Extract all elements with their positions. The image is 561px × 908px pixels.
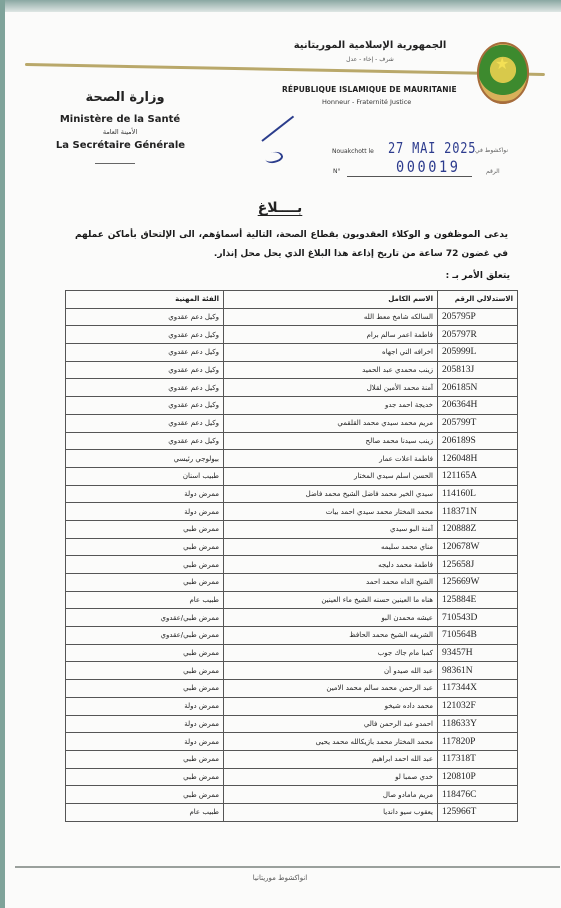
name-cell: زينب سيدنا محمد صالح — [224, 432, 438, 450]
category-cell: ممرض طبي — [66, 644, 224, 662]
code-cell: 118371N — [438, 503, 518, 521]
code-cell: 125669W — [438, 574, 518, 592]
table-row: 206185Nآمنة محمد الأمين لقلالوكيل دعم عق… — [66, 379, 518, 397]
motto-ar: شرف - إخاء - عدل — [330, 56, 410, 63]
code-cell: 121165A — [438, 467, 518, 485]
code-cell: 120810P — [438, 768, 518, 786]
category-cell: وكيل دعم عقدوي — [66, 361, 224, 379]
code-cell: 114160L — [438, 485, 518, 503]
date-label-ar: نواكشوط في — [475, 147, 508, 154]
name-cell: اخرافه الني اجهاه — [224, 344, 438, 362]
table-row: 121165Aالحسن اسلم سيدي المختارطبيب اسنان — [66, 467, 518, 485]
table-row: 118633Yاحمدو عبد الرحمن فاليممرض دولة — [66, 715, 518, 733]
header-code: الاستدلالي الرقم — [438, 291, 518, 309]
table-row: 206189Sزينب سيدنا محمد صالحوكيل دعم عقدو… — [66, 432, 518, 450]
category-cell: وكيل دعم عقدوي — [66, 379, 224, 397]
code-cell: 120888Z — [438, 520, 518, 538]
name-cell: كمبا مام جاك جوب — [224, 644, 438, 662]
code-cell: 710564B — [438, 627, 518, 645]
date-label: Nouakchott le — [332, 148, 374, 155]
table-body: 205795Pالسالكه شامخ معط اللهوكيل دعم عقد… — [66, 308, 518, 821]
table-row: 205797Rفاطمة اعمر سالم براموكيل دعم عقدو… — [66, 326, 518, 344]
scan-left-edge — [0, 0, 5, 908]
table-row: 120888Zآمنة البو سيديممرض طبي — [66, 520, 518, 538]
table-row: 206364Hخديجة احمد جدووكيل دعم عقدوي — [66, 397, 518, 415]
reference-number: 000019 — [396, 157, 460, 176]
table-row: 98361Nعبد الله صيدو أنممرض طبي — [66, 662, 518, 680]
category-cell: وكيل دعم عقدوي — [66, 397, 224, 415]
category-cell: ممرض طبي — [66, 662, 224, 680]
name-cell: عبد الله صيدو أن — [224, 662, 438, 680]
category-cell: طبيب اسنان — [66, 467, 224, 485]
name-cell: آمنة محمد الأمين لقلال — [224, 379, 438, 397]
name-cell: محمد المختار محمد سيدي احمد بيات — [224, 503, 438, 521]
name-cell: الشيخ الداه محمد احمد — [224, 574, 438, 592]
code-cell: 205795P — [438, 308, 518, 326]
table-row: 710564Bالشريفه الشيخ محمد الحافظممرض طبي… — [66, 627, 518, 645]
code-cell: 118633Y — [438, 715, 518, 733]
concerned-label: يتعلق الأمر بـ : — [360, 271, 510, 281]
name-cell: عبد الرحمن محمد سالم محمد الامين — [224, 680, 438, 698]
name-cell: فاطمة اعلات عمار — [224, 450, 438, 468]
name-cell: الشريفه الشيخ محمد الحافظ — [224, 627, 438, 645]
name-cell: فاطمة اعمر سالم برام — [224, 326, 438, 344]
code-cell: 98361N — [438, 662, 518, 680]
code-cell: 205813J — [438, 361, 518, 379]
table-row: 117820Pمحمد المختار محمد بازيكالله محمد … — [66, 733, 518, 751]
name-cell: الحسن اسلم سيدي المختار — [224, 467, 438, 485]
category-cell: ممرض طبي — [66, 520, 224, 538]
category-cell: ممرض دولة — [66, 715, 224, 733]
table-row: 118476Cمريم مامادو صالممرض طبي — [66, 786, 518, 804]
table-row: 114160Lسيدي الخير محمد فاضل الشيخ محمد ف… — [66, 485, 518, 503]
category-cell: وكيل دعم عقدوي — [66, 308, 224, 326]
code-cell: 117318T — [438, 750, 518, 768]
secretariat-underline — [95, 163, 135, 164]
category-cell: ممرض طبي — [66, 574, 224, 592]
table-row: 205999Lاخرافه الني اجهاهوكيل دعم عقدوي — [66, 344, 518, 362]
name-cell: مناي محمد سليمه — [224, 538, 438, 556]
notice-title: بــــلاغ — [240, 200, 320, 216]
name-cell: السالكه شامخ معط الله — [224, 308, 438, 326]
category-cell: ممرض طبي — [66, 680, 224, 698]
code-cell: 125884E — [438, 591, 518, 609]
category-cell: وكيل دعم عقدوي — [66, 414, 224, 432]
name-cell: عيشه محمدن البو — [224, 609, 438, 627]
staff-table: الاستدلالي الرقم الاسم الكامل الفئة المه… — [65, 290, 518, 822]
star-icon: ★ — [495, 56, 509, 72]
code-cell: 125966T — [438, 803, 518, 821]
name-cell: احمدو عبد الرحمن فالي — [224, 715, 438, 733]
name-cell: آمنة البو سيدي — [224, 520, 438, 538]
code-cell: 205999L — [438, 344, 518, 362]
table-row: 125884Eهناه ما العينين حسنه الشيخ ماء ال… — [66, 591, 518, 609]
number-label: N° — [333, 168, 341, 175]
category-cell: ممرض طبي/عقدوي — [66, 627, 224, 645]
category-cell: وكيل دعم عقدوي — [66, 432, 224, 450]
category-cell: ممرض دولة — [66, 697, 224, 715]
code-cell: 118476C — [438, 786, 518, 804]
date-stamp: 27 MAI 2025 — [388, 139, 476, 157]
name-cell: فاطمة محمد دليجه — [224, 556, 438, 574]
name-cell: يعقوب سيو دانديا — [224, 803, 438, 821]
name-cell: محمد داده شيخو — [224, 697, 438, 715]
ministry-name-fr: Ministère de la Santé — [56, 114, 184, 125]
name-cell: خدي صمبا لو — [224, 768, 438, 786]
category-cell: ممرض طبي/عقدوي — [66, 609, 224, 627]
number-underline — [347, 176, 472, 177]
code-cell: 125658J — [438, 556, 518, 574]
category-cell: ممرض دولة — [66, 485, 224, 503]
code-cell: 206189S — [438, 432, 518, 450]
table-row: 93457Hكمبا مام جاك جوبممرض طبي — [66, 644, 518, 662]
footer-rule — [15, 866, 560, 868]
category-cell: ممرض طبي — [66, 538, 224, 556]
category-cell: ممرض طبي — [66, 768, 224, 786]
category-cell: بيولوجي رئيسي — [66, 450, 224, 468]
code-cell: 206185N — [438, 379, 518, 397]
category-cell: وكيل دعم عقدوي — [66, 326, 224, 344]
table-row: 118371Nمحمد المختار محمد سيدي احمد بياتم… — [66, 503, 518, 521]
republic-name-fr: RÉPUBLIQUE ISLAMIQUE DE MAURITANIE — [282, 85, 457, 94]
code-cell: 126048H — [438, 450, 518, 468]
code-cell: 710543D — [438, 609, 518, 627]
name-cell: عبد الله احمد ابراهيم — [224, 750, 438, 768]
ministry-name-ar: وزارة الصحة — [80, 90, 170, 105]
header-category: الفئة المهنية — [66, 291, 224, 309]
scan-top-edge — [0, 0, 561, 12]
header-name: الاسم الكامل — [224, 291, 438, 309]
notice-body: يدعى الموظفون و الوكلاء العقدويون بقطاع … — [75, 226, 508, 264]
code-cell: 121032F — [438, 697, 518, 715]
category-cell: ممرض دولة — [66, 503, 224, 521]
name-cell: مريم محمد سيدي محمد القلقمي — [224, 414, 438, 432]
table-row: 205795Pالسالكه شامخ معط اللهوكيل دعم عقد… — [66, 308, 518, 326]
table-row: 117344Xعبد الرحمن محمد سالم محمد الامينم… — [66, 680, 518, 698]
code-cell: 205797R — [438, 326, 518, 344]
category-cell: ممرض طبي — [66, 750, 224, 768]
table-row: 125658Jفاطمة محمد دليجهممرض طبي — [66, 556, 518, 574]
table-row: 205813Jزينب محمدي عبد الحميدوكيل دعم عقد… — [66, 361, 518, 379]
table-row: 120810Pخدي صمبا لوممرض طبي — [66, 768, 518, 786]
republic-name-ar: الجمهورية الإسلامية الموريتانية — [290, 40, 450, 51]
table-row: 125966Tيعقوب سيو داندياطبيب عام — [66, 803, 518, 821]
national-emblem-icon: ★ — [477, 42, 529, 104]
code-cell: 205799T — [438, 414, 518, 432]
table-row: 710543Dعيشه محمدن البوممرض طبي/عقدوي — [66, 609, 518, 627]
code-cell: 93457H — [438, 644, 518, 662]
number-label-ar: الرقم — [486, 168, 500, 175]
category-cell: وكيل دعم عقدوي — [66, 344, 224, 362]
code-cell: 206364H — [438, 397, 518, 415]
name-cell: هناه ما العينين حسنه الشيخ ماء العينين — [224, 591, 438, 609]
category-cell: طبيب عام — [66, 803, 224, 821]
table-row: 126048Hفاطمة اعلات عماربيولوجي رئيسي — [66, 450, 518, 468]
table-row: 120678Wمناي محمد سليمهممرض طبي — [66, 538, 518, 556]
name-cell: مريم مامادو صال — [224, 786, 438, 804]
name-cell: محمد المختار محمد بازيكالله محمد يحيى — [224, 733, 438, 751]
table-row: 125669Wالشيخ الداه محمد احمدممرض طبي — [66, 574, 518, 592]
secretariat-ar: الأمينة العامة — [90, 128, 150, 136]
table-row: 117318Tعبد الله احمد ابراهيمممرض طبي — [66, 750, 518, 768]
name-cell: زينب محمدي عبد الحميد — [224, 361, 438, 379]
category-cell: ممرض طبي — [66, 786, 224, 804]
table-row: 121032Fمحمد داده شيخوممرض دولة — [66, 697, 518, 715]
category-cell: طبيب عام — [66, 591, 224, 609]
name-cell: خديجة احمد جدو — [224, 397, 438, 415]
secretariat-fr: La Secrétaire Générale — [48, 140, 193, 151]
table-row: 205799Tمريم محمد سيدي محمد القلقميوكيل د… — [66, 414, 518, 432]
code-cell: 117820P — [438, 733, 518, 751]
category-cell: ممرض طبي — [66, 556, 224, 574]
code-cell: 117344X — [438, 680, 518, 698]
category-cell: ممرض دولة — [66, 733, 224, 751]
motto-fr: Honneur - Fraternité Justice — [322, 98, 411, 106]
code-cell: 120678W — [438, 538, 518, 556]
name-cell: سيدي الخير محمد فاضل الشيخ محمد فاضل — [224, 485, 438, 503]
table-header-row: الاستدلالي الرقم الاسم الكامل الفئة المه… — [66, 291, 518, 309]
footer-location: انواكشوط موريتانيا — [230, 874, 330, 882]
